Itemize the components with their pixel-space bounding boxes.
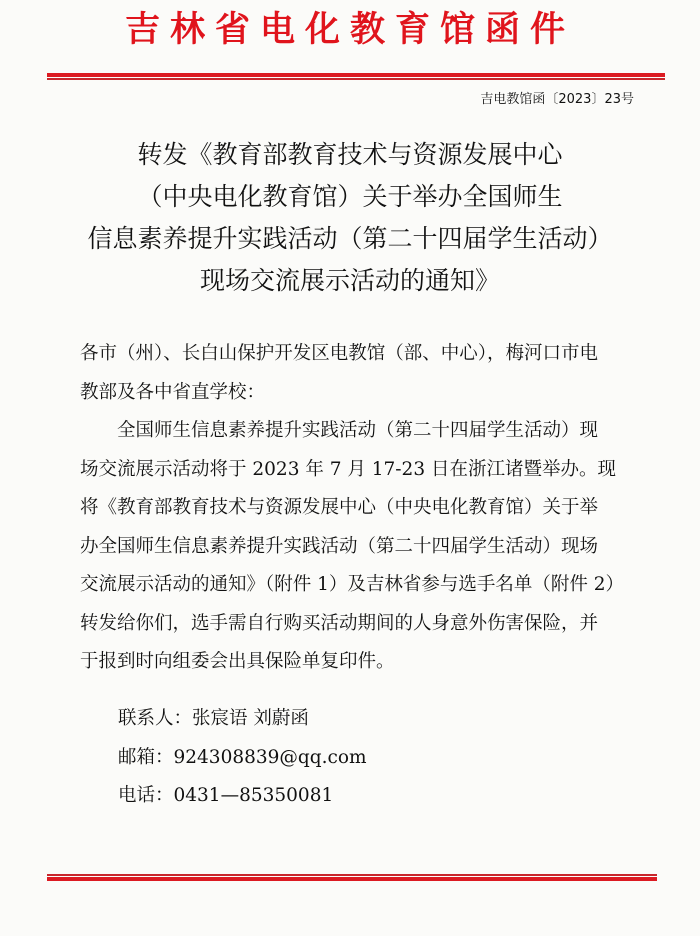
- salutation: 各市（州）、长白山保护开发区电教馆（部、中心），梅河口市电 教部及各中省直学校：: [80, 335, 640, 412]
- paragraph-line: 全国师生信息素养提升实践活动（第二十四届学生活动）现: [80, 412, 640, 451]
- letterhead-divider-bottom: [47, 874, 657, 881]
- body-paragraph: 全国师生信息素养提升实践活动（第二十四届学生活动）现 场交流展示活动将于 202…: [80, 412, 640, 682]
- paragraph-line: 场交流展示活动将于 2023 年 7 月 17-23 日在浙江诸暨举办。现: [80, 451, 640, 490]
- document-title-line: 现场交流展示活动的通知》: [0, 260, 700, 302]
- paragraph-line: 办全国师生信息素养提升实践活动（第二十四届学生活动）现场: [80, 528, 640, 567]
- letterhead-title: 吉林省电化教育馆函件: [0, 8, 700, 52]
- contact-phone: 电话：0431—85350081: [118, 777, 367, 816]
- letterhead-divider-top: [47, 73, 665, 80]
- divider-thick-line: [47, 877, 657, 881]
- paragraph-line: 交流展示活动的通知》（附件 1）及吉林省参与选手名单（附件 2）: [80, 566, 640, 605]
- document-title-line: （中央电化教育馆）关于举办全国师生: [0, 176, 700, 218]
- contact-email: 邮箱：924308839@qq.com: [118, 739, 367, 778]
- document-body: 各市（州）、长白山保护开发区电教馆（部、中心），梅河口市电 教部及各中省直学校：…: [80, 335, 640, 682]
- divider-thin-line: [47, 78, 665, 80]
- document-title-line: 转发《教育部教育技术与资源发展中心: [0, 134, 700, 176]
- contact-person: 联系人：张宸语 刘蔚函: [118, 700, 367, 739]
- paragraph-line: 转发给你们，选手需自行购买活动期间的人身意外伤害保险，并: [80, 605, 640, 644]
- paragraph-line: 将《教育部教育技术与资源发展中心（中央电化教育馆）关于举: [80, 489, 640, 528]
- salutation-line: 教部及各中省直学校：: [80, 374, 640, 413]
- salutation-line: 各市（州）、长白山保护开发区电教馆（部、中心），梅河口市电: [80, 335, 640, 374]
- paragraph-line: 于报到时向组委会出具保险单复印件。: [80, 643, 640, 682]
- document-title: 转发《教育部教育技术与资源发展中心 （中央电化教育馆）关于举办全国师生 信息素养…: [0, 134, 700, 302]
- document-number: 吉电教馆函〔2023〕23号: [480, 88, 634, 107]
- contact-info: 联系人：张宸语 刘蔚函 邮箱：924308839@qq.com 电话：0431—…: [118, 700, 367, 816]
- document-title-line: 信息素养提升实践活动（第二十四届学生活动）: [0, 218, 700, 260]
